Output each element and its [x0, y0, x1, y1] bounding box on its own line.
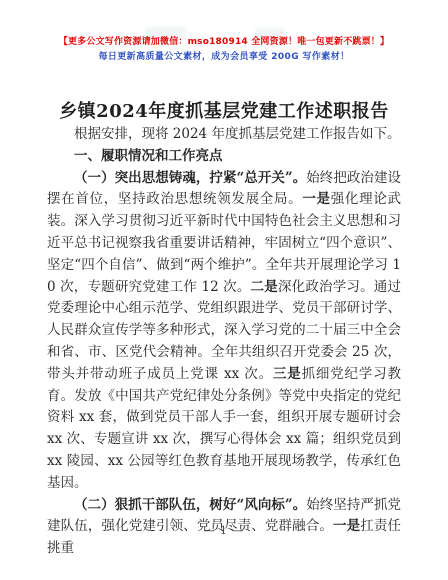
emphasis-run: 三是 — [273, 366, 302, 382]
emphasis-run: 二是 — [251, 279, 278, 295]
section-heading: 一、履职情况和工作亮点 — [47, 146, 401, 168]
paragraph: 根据安排，现将 2024 年度抓基层党建工作报告如下。 — [47, 124, 401, 146]
text-run: 根据安排，现将 2024 年度抓基层党建工作报告如下。 — [74, 126, 400, 142]
promo-banner-line2: 每日更新高质量公文素材，成为会员享受 200G 写作素材！ — [0, 51, 448, 64]
page-number: — 1 — — [0, 524, 448, 537]
promo-banner-line1: 【更多公文写作资源请加微信：mso180914 全网资源！唯一包更新不跳票！】 — [0, 36, 448, 49]
emphasis-run: 一、履职情况和工作亮点 — [74, 148, 223, 164]
document-title: 乡镇2024年度抓基层党建工作述职报告 — [0, 97, 448, 123]
emphasis-run: 一是 — [302, 191, 330, 207]
document-body: 根据安排，现将 2024 年度抓基层党建工作报告如下。一、履职情况和工作亮点（一… — [47, 124, 401, 560]
text-run: 抓细党纪学习教育。发放《中国共产党纪律处分条例》等党中央指定的党纪资料 xx 套… — [47, 366, 401, 491]
document-page: 【更多公文写作资源请加微信：mso180914 全网资源！唯一包更新不跳票！】 … — [0, 0, 448, 580]
emphasis-run: （一）突出思想铸魂，拧紧“总开关”。 — [74, 170, 306, 186]
promo-banner: 【更多公文写作资源请加微信：mso180914 全网资源！唯一包更新不跳票！】 … — [0, 36, 448, 64]
emphasis-run: （二）狠抓干部队伍，树好“风向标”。 — [74, 497, 306, 513]
paragraph: （一）突出思想铸魂，拧紧“总开关”。始终把政治建设摆在首位，坚持政治思想统领发展… — [47, 168, 401, 495]
